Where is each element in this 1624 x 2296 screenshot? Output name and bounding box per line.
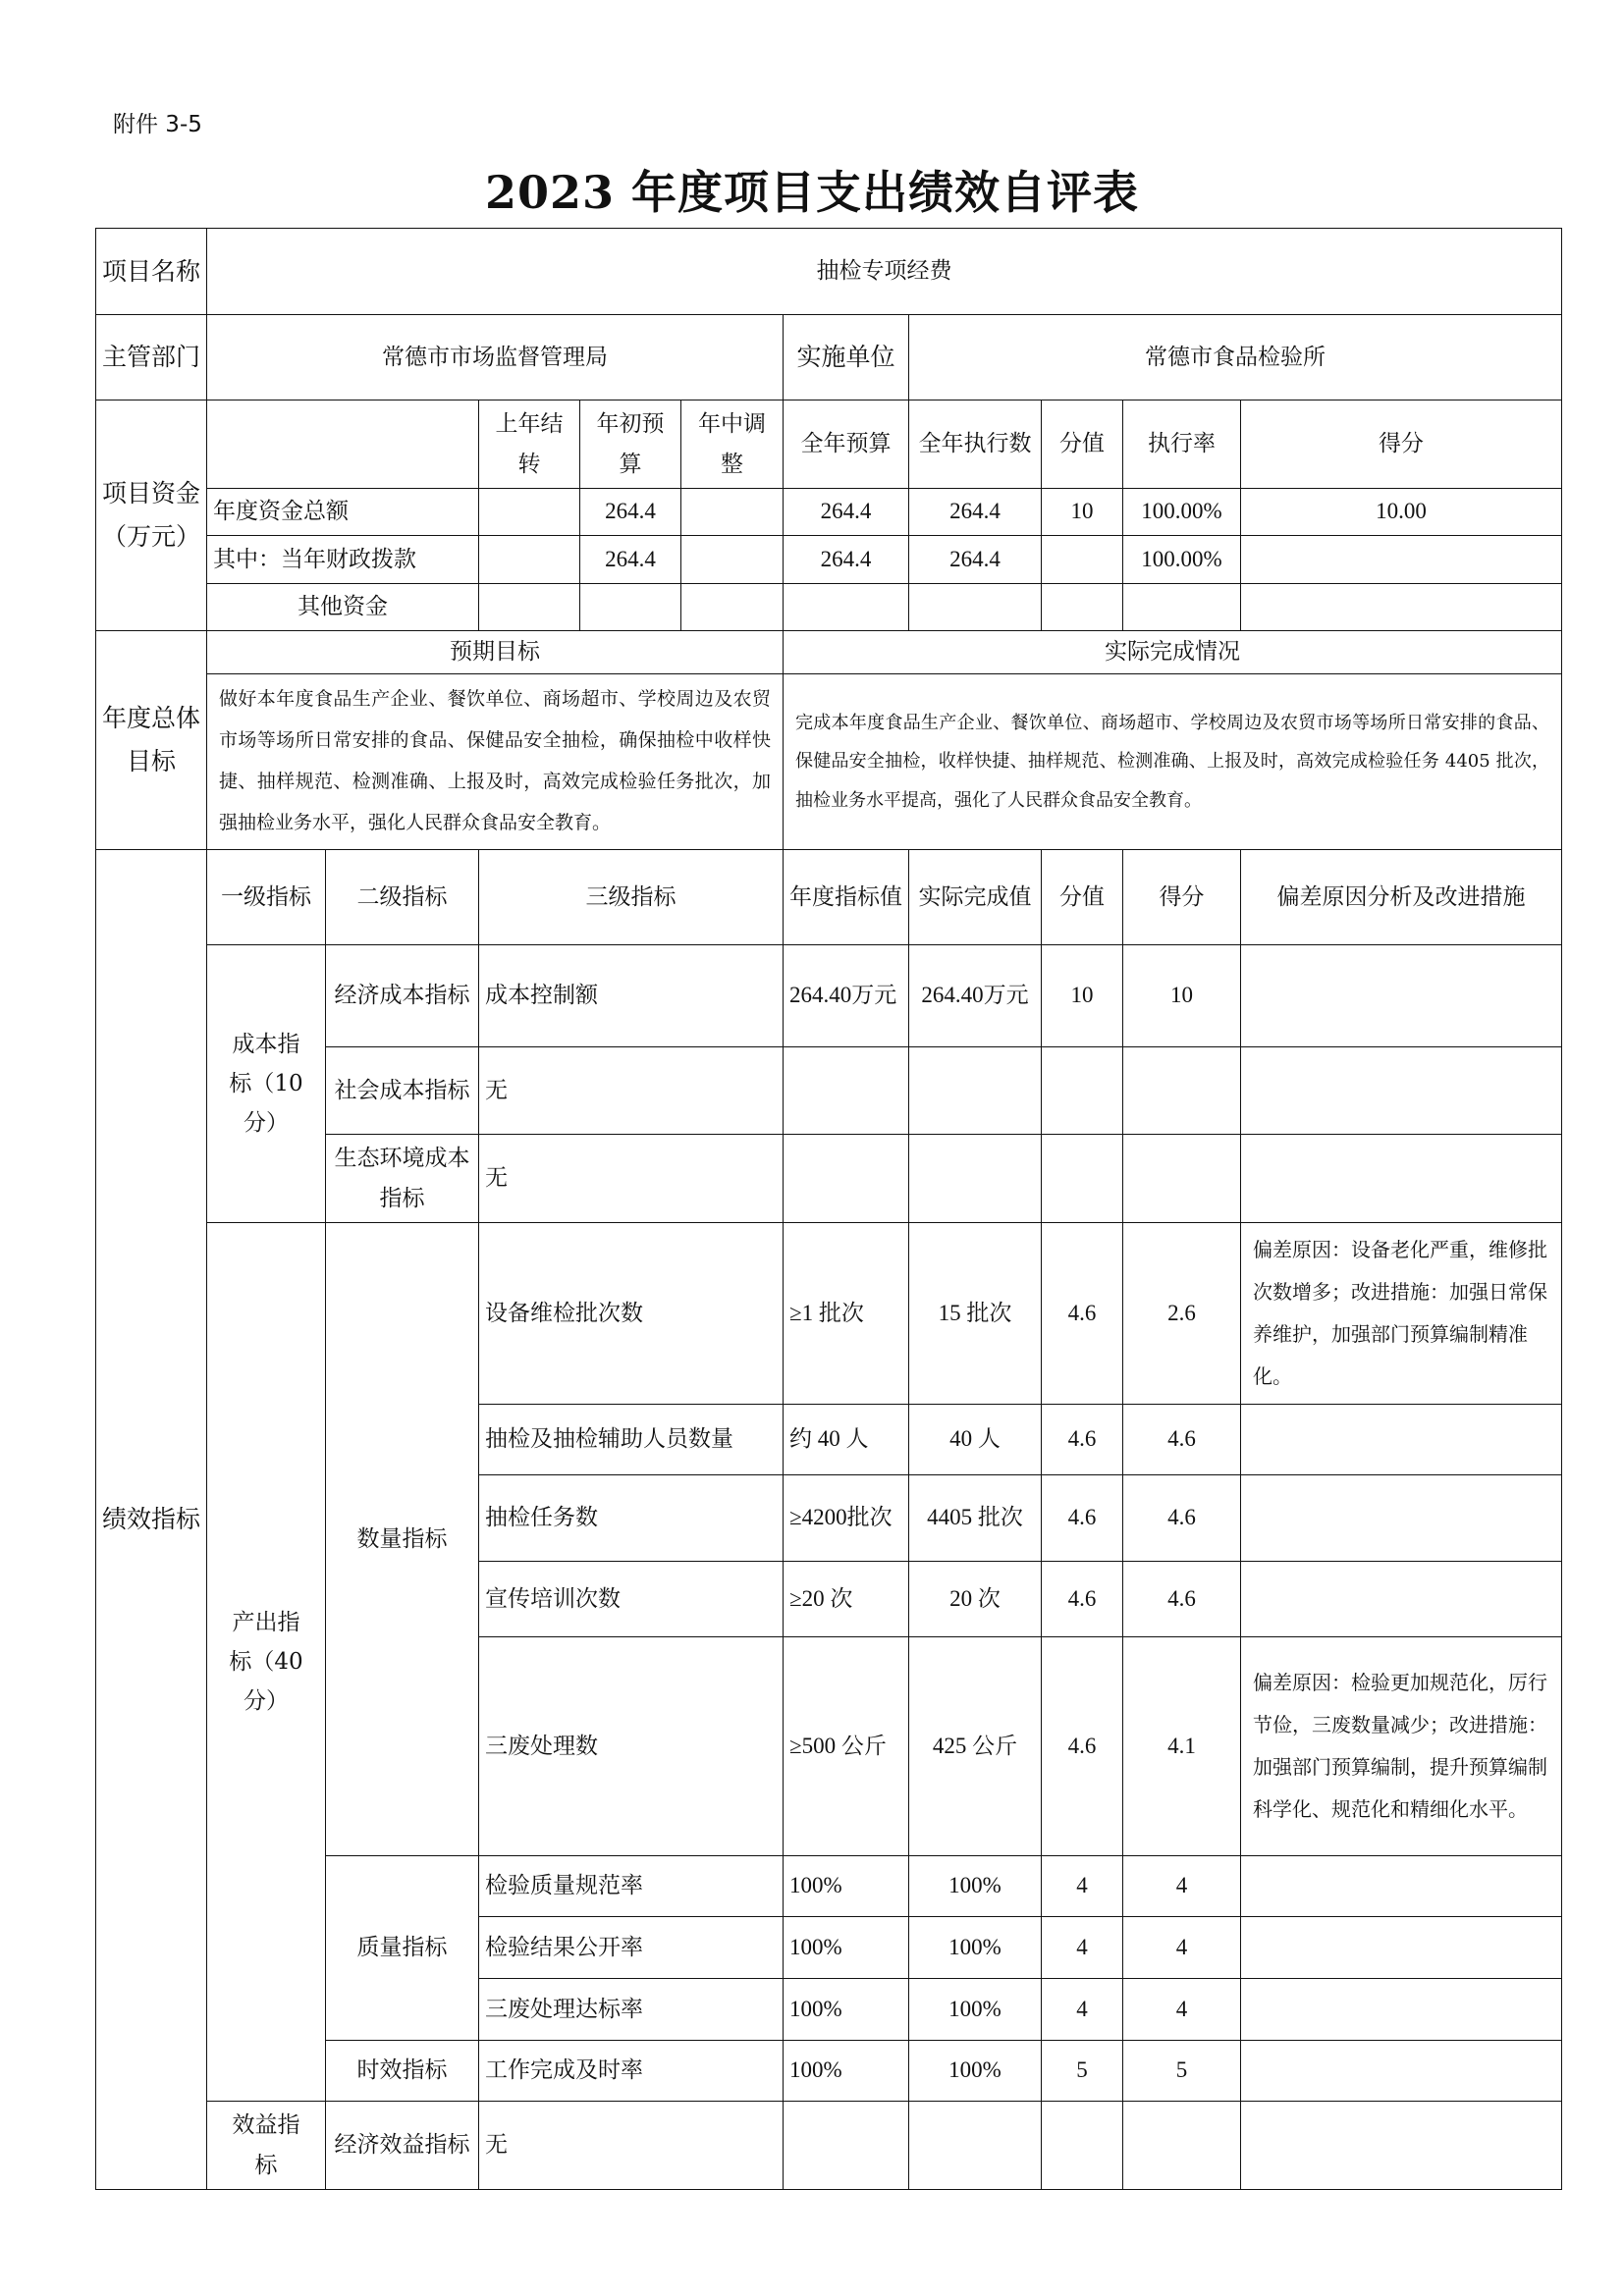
indicator-actual	[909, 1047, 1042, 1135]
indicator-note	[1241, 1405, 1562, 1475]
funds-weight	[1042, 536, 1123, 584]
goals-expected-text: 做好本年度食品生产企业、餐饮单位、商场超市、学校周边及农贸市场等场所日常安排的食…	[207, 674, 784, 850]
ind-header-note: 偏差原因分析及改进措施	[1241, 850, 1562, 945]
indicator-target	[784, 1047, 909, 1135]
funds-header-adjust: 年中调整	[681, 400, 784, 489]
indicator-score: 2.6	[1123, 1223, 1241, 1405]
funds-initial: 264.4	[580, 536, 681, 584]
level2-economic-benefit: 经济效益指标	[326, 2102, 479, 2190]
impl-value: 常德市食品检验所	[909, 315, 1562, 400]
ind-header-score: 得分	[1123, 850, 1241, 945]
indicator-name: 无	[479, 2102, 784, 2190]
indicator-target: ≥4200批次	[784, 1475, 909, 1562]
ind-header-target: 年度指标值	[784, 850, 909, 945]
funds-executed: 264.4	[909, 536, 1042, 584]
funds-score	[1241, 536, 1562, 584]
ind-header-level2: 二级指标	[326, 850, 479, 945]
funds-carry	[479, 536, 580, 584]
funds-executed	[909, 584, 1042, 631]
indicator-actual: 15 批次	[909, 1223, 1042, 1405]
funds-header-blank	[207, 400, 479, 489]
funds-header-weight: 分值	[1042, 400, 1123, 489]
indicator-weight: 4	[1042, 1979, 1123, 2041]
indicators-label: 绩效指标	[96, 850, 207, 2190]
funds-rate: 100.00%	[1123, 489, 1241, 536]
indicator-actual: 40 人	[909, 1405, 1042, 1475]
evaluation-table: 项目名称 抽检专项经费 主管部门 常德市市场监督管理局 实施单位 常德市食品检验…	[95, 228, 1562, 2190]
level1-cost: 成本指标（10分）	[207, 945, 326, 1223]
indicator-target: 100%	[784, 1979, 909, 2041]
indicator-note	[1241, 2041, 1562, 2102]
level1-output: 产出指标（40分）	[207, 1223, 326, 2102]
indicator-actual: 20 次	[909, 1562, 1042, 1637]
indicator-target: 100%	[784, 2041, 909, 2102]
funds-score: 10.00	[1241, 489, 1562, 536]
indicator-weight: 4	[1042, 1917, 1123, 1979]
indicator-score	[1123, 1135, 1241, 1223]
indicator-name: 抽检及抽检辅助人员数量	[479, 1405, 784, 1475]
funds-carry	[479, 584, 580, 631]
indicator-actual	[909, 1135, 1042, 1223]
funds-header-annual: 全年预算	[784, 400, 909, 489]
goals-content-row: 做好本年度食品生产企业、餐饮单位、商场超市、学校周边及农贸市场等场所日常安排的食…	[96, 674, 1562, 850]
ind-header-level3: 三级指标	[479, 850, 784, 945]
indicator-note	[1241, 1047, 1562, 1135]
funds-header-rate: 执行率	[1123, 400, 1241, 489]
funds-adjust	[681, 584, 784, 631]
indicator-weight: 4.6	[1042, 1562, 1123, 1637]
indicator-header-row: 绩效指标 一级指标 二级指标 三级指标 年度指标值 实际完成值 分值 得分 偏差…	[96, 850, 1562, 945]
indicator-note: 偏差原因：设备老化严重，维修批次数增多；改进措施：加强日常保养维护，加强部门预算…	[1241, 1223, 1562, 1405]
indicator-weight	[1042, 2102, 1123, 2190]
level2-quantity: 数量指标	[326, 1223, 479, 1856]
project-name-value: 抽检专项经费	[207, 229, 1562, 315]
impl-label: 实施单位	[784, 315, 909, 400]
project-name-row: 项目名称 抽检专项经费	[96, 229, 1562, 315]
indicator-note	[1241, 1475, 1562, 1562]
indicator-actual: 425 公斤	[909, 1637, 1042, 1856]
indicator-actual: 100%	[909, 1917, 1042, 1979]
indicator-name: 宣传培训次数	[479, 1562, 784, 1637]
funds-row: 年度资金总额 264.4 264.4 264.4 10 100.00% 10.0…	[96, 489, 1562, 536]
indicator-score: 4.6	[1123, 1475, 1241, 1562]
indicator-target: ≥500 公斤	[784, 1637, 909, 1856]
funds-header-initial: 年初预算	[580, 400, 681, 489]
funds-label: 项目资金（万元）	[96, 400, 207, 631]
indicator-actual	[909, 2102, 1042, 2190]
indicator-target: 约 40 人	[784, 1405, 909, 1475]
indicator-row: 成本指标（10分） 经济成本指标 成本控制额 264.40万元 264.40万元…	[96, 945, 1562, 1047]
indicator-note	[1241, 1917, 1562, 1979]
goals-expected-header: 预期目标	[207, 631, 784, 674]
funds-weight: 10	[1042, 489, 1123, 536]
indicator-score	[1123, 1047, 1241, 1135]
funds-annual: 264.4	[784, 489, 909, 536]
project-name-label: 项目名称	[96, 229, 207, 315]
level2-eco-cost: 生态环境成本指标	[326, 1135, 479, 1223]
level2-social-cost: 社会成本指标	[326, 1047, 479, 1135]
indicator-weight: 4.6	[1042, 1405, 1123, 1475]
funds-executed: 264.4	[909, 489, 1042, 536]
indicator-actual: 4405 批次	[909, 1475, 1042, 1562]
indicator-target: 264.40万元	[784, 945, 909, 1047]
indicator-name: 三废处理达标率	[479, 1979, 784, 2041]
dept-label: 主管部门	[96, 315, 207, 400]
funds-header-carry: 上年结转	[479, 400, 580, 489]
funds-header-executed: 全年执行数	[909, 400, 1042, 489]
funds-score	[1241, 584, 1562, 631]
indicator-note	[1241, 1135, 1562, 1223]
indicator-score: 4.6	[1123, 1405, 1241, 1475]
ind-header-weight: 分值	[1042, 850, 1123, 945]
indicator-weight: 10	[1042, 945, 1123, 1047]
goals-actual-text: 完成本年度食品生产企业、餐饮单位、商场超市、学校周边及农贸市场等场所日常安排的食…	[784, 674, 1562, 850]
indicator-target: 100%	[784, 1917, 909, 1979]
indicator-name: 检验质量规范率	[479, 1856, 784, 1917]
indicator-name: 抽检任务数	[479, 1475, 784, 1562]
indicator-note	[1241, 2102, 1562, 2190]
attachment-label: 附件 3-5	[113, 106, 202, 138]
indicator-name: 工作完成及时率	[479, 2041, 784, 2102]
funds-row: 其中：当年财政拨款 264.4 264.4 264.4 100.00%	[96, 536, 1562, 584]
funds-row: 其他资金	[96, 584, 1562, 631]
funds-carry	[479, 489, 580, 536]
indicator-score: 4	[1123, 1979, 1241, 2041]
level2-economic-cost: 经济成本指标	[326, 945, 479, 1047]
indicator-actual: 264.40万元	[909, 945, 1042, 1047]
dept-value: 常德市市场监督管理局	[207, 315, 784, 400]
funds-initial	[580, 584, 681, 631]
department-row: 主管部门 常德市市场监督管理局 实施单位 常德市食品检验所	[96, 315, 1562, 400]
indicator-score	[1123, 2102, 1241, 2190]
level2-timeliness: 时效指标	[326, 2041, 479, 2102]
funds-header-row: 项目资金（万元） 上年结转 年初预算 年中调整 全年预算 全年执行数 分值 执行…	[96, 400, 1562, 489]
indicator-note	[1241, 1856, 1562, 1917]
funds-adjust	[681, 536, 784, 584]
indicator-weight: 4.6	[1042, 1637, 1123, 1856]
page-title: 2023 年度项目支出绩效自评表	[0, 157, 1624, 222]
indicator-row: 产出指标（40分） 数量指标 设备维检批次数 ≥1 批次 15 批次 4.6 2…	[96, 1223, 1562, 1405]
indicator-actual: 100%	[909, 1856, 1042, 1917]
indicator-score: 4	[1123, 1917, 1241, 1979]
indicator-score: 5	[1123, 2041, 1241, 2102]
funds-adjust	[681, 489, 784, 536]
indicator-weight	[1042, 1135, 1123, 1223]
indicator-target	[784, 2102, 909, 2190]
indicator-note	[1241, 945, 1562, 1047]
level1-benefit: 效益指标	[207, 2102, 326, 2190]
funds-row-name: 年度资金总额	[207, 489, 479, 536]
indicator-score: 4.6	[1123, 1562, 1241, 1637]
indicator-weight	[1042, 1047, 1123, 1135]
ind-header-level1: 一级指标	[207, 850, 326, 945]
indicator-target: 100%	[784, 1856, 909, 1917]
goals-label: 年度总体目标	[96, 631, 207, 850]
goals-header-row: 年度总体目标 预期目标 实际完成情况	[96, 631, 1562, 674]
indicator-name: 成本控制额	[479, 945, 784, 1047]
indicator-name: 无	[479, 1135, 784, 1223]
funds-row-name: 其中：当年财政拨款	[207, 536, 479, 584]
indicator-score: 4	[1123, 1856, 1241, 1917]
indicator-note	[1241, 1562, 1562, 1637]
indicator-row: 效益指标 经济效益指标 无	[96, 2102, 1562, 2190]
indicator-note	[1241, 1979, 1562, 2041]
indicator-name: 设备维检批次数	[479, 1223, 784, 1405]
funds-weight	[1042, 584, 1123, 631]
indicator-name: 三废处理数	[479, 1637, 784, 1856]
funds-rate	[1123, 584, 1241, 631]
indicator-note: 偏差原因：检验更加规范化，厉行节俭，三废数量减少；改进措施：加强部门预算编制，提…	[1241, 1637, 1562, 1856]
indicator-target	[784, 1135, 909, 1223]
funds-initial: 264.4	[580, 489, 681, 536]
indicator-actual: 100%	[909, 1979, 1042, 2041]
indicator-name: 无	[479, 1047, 784, 1135]
indicator-weight: 4.6	[1042, 1223, 1123, 1405]
indicator-target: ≥20 次	[784, 1562, 909, 1637]
indicator-actual: 100%	[909, 2041, 1042, 2102]
funds-annual	[784, 584, 909, 631]
indicator-weight: 5	[1042, 2041, 1123, 2102]
indicator-weight: 4.6	[1042, 1475, 1123, 1562]
funds-row-name: 其他资金	[207, 584, 479, 631]
indicator-name: 检验结果公开率	[479, 1917, 784, 1979]
indicator-score: 10	[1123, 945, 1241, 1047]
goals-actual-header: 实际完成情况	[784, 631, 1562, 674]
funds-annual: 264.4	[784, 536, 909, 584]
funds-rate: 100.00%	[1123, 536, 1241, 584]
ind-header-actual: 实际完成值	[909, 850, 1042, 945]
level2-quality: 质量指标	[326, 1856, 479, 2041]
indicator-weight: 4	[1042, 1856, 1123, 1917]
funds-header-score: 得分	[1241, 400, 1562, 489]
indicator-target: ≥1 批次	[784, 1223, 909, 1405]
indicator-score: 4.1	[1123, 1637, 1241, 1856]
